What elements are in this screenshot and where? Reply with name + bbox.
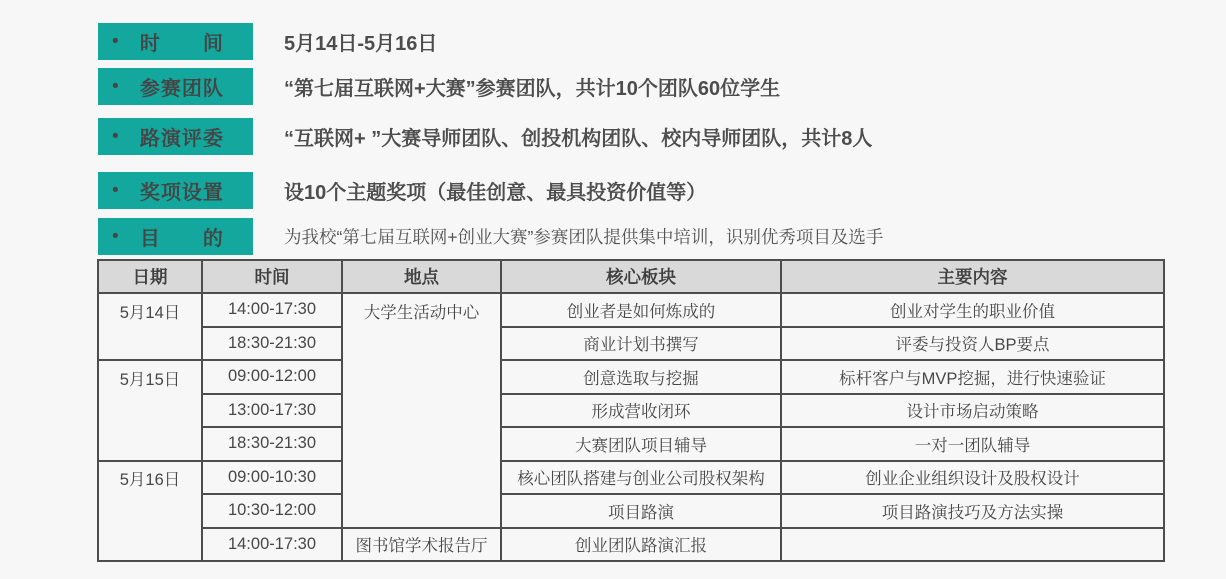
info-row-teams: • 参赛团队 “第七届互联网+大赛”参赛团队，共计10个团队60位学生: [98, 68, 780, 105]
table-row: 5月16日 09:00-10:30 核心团队搭建与创业公司股权架构 创业企业组织…: [98, 461, 1164, 495]
bullet-icon: •: [112, 77, 119, 96]
table-row: 5月15日 09:00-12:00 创意选取与挖掘 标杆客户与MVP挖掘，进行快…: [98, 360, 1164, 394]
table-row: 13:00-17:30 形成营收闭环 设计市场启动策略: [98, 394, 1164, 428]
info-badge-label: 参赛团队: [123, 72, 241, 101]
info-badge-time: • 时 间: [98, 23, 253, 60]
table-header-row: 日期 时间 地点 核心板块 主要内容: [98, 260, 1164, 293]
topic-cell: 形成营收闭环: [501, 394, 781, 428]
place-cell: 大学生活动中心: [342, 293, 501, 528]
time-cell: 18:30-21:30: [202, 427, 342, 461]
time-cell: 18:30-21:30: [202, 327, 342, 361]
column-header-topic: 核心板块: [501, 260, 781, 293]
content-cell: [781, 528, 1164, 562]
content-cell: 评委与投资人BP要点: [781, 327, 1164, 361]
date-cell: 5月16日: [98, 461, 202, 562]
time-cell: 10:30-12:00: [202, 494, 342, 528]
info-badge-purpose: • 目 的: [98, 218, 253, 255]
topic-cell: 项目路演: [501, 494, 781, 528]
date-cell: 5月14日: [98, 293, 202, 360]
time-cell: 14:00-17:30: [202, 528, 342, 562]
time-cell: 09:00-12:00: [202, 360, 342, 394]
column-header-time: 时间: [202, 260, 342, 293]
table-row: 5月14日 14:00-17:30 大学生活动中心 创业者是如何炼成的 创业对学…: [98, 293, 1164, 327]
topic-cell: 大赛团队项目辅导: [501, 427, 781, 461]
info-text-teams: “第七届互联网+大赛”参赛团队，共计10个团队60位学生: [284, 72, 780, 101]
table-row: 18:30-21:30 商业计划书撰写 评委与投资人BP要点: [98, 327, 1164, 361]
info-text-purpose: 为我校“第七届互联网+创业大赛”参赛团队提供集中培训，识别优秀项目及选手: [284, 224, 883, 249]
table-row: 10:30-12:00 项目路演 项目路演技巧及方法实操: [98, 494, 1164, 528]
table-row: 18:30-21:30 大赛团队项目辅导 一对一团队辅导: [98, 427, 1164, 461]
info-badge-label: 目 的: [123, 222, 241, 251]
content-cell: 标杆客户与MVP挖掘，进行快速验证: [781, 360, 1164, 394]
info-row-judges: • 路演评委 “互联网+ ”大赛导师团队、创投机构团队、校内导师团队，共计8人: [98, 118, 872, 155]
info-badge-label: 路演评委: [123, 122, 241, 151]
time-cell: 09:00-10:30: [202, 461, 342, 495]
bullet-icon: •: [112, 181, 119, 200]
time-cell: 13:00-17:30: [202, 394, 342, 428]
content-cell: 项目路演技巧及方法实操: [781, 494, 1164, 528]
topic-cell: 创业团队路演汇报: [501, 528, 781, 562]
info-badge-judges: • 路演评委: [98, 118, 253, 155]
date-cell: 5月15日: [98, 360, 202, 461]
info-badge-teams: • 参赛团队: [98, 68, 253, 105]
column-header-date: 日期: [98, 260, 202, 293]
table-row: 14:00-17:30 图书馆学术报告厅 创业团队路演汇报: [98, 528, 1164, 562]
topic-cell: 创业者是如何炼成的: [501, 293, 781, 327]
place-cell: 图书馆学术报告厅: [342, 528, 501, 562]
column-header-content: 主要内容: [781, 260, 1164, 293]
content-cell: 设计市场启动策略: [781, 394, 1164, 428]
content-cell: 一对一团队辅导: [781, 427, 1164, 461]
info-text-judges: “互联网+ ”大赛导师团队、创投机构团队、校内导师团队，共计8人: [284, 122, 872, 151]
topic-cell: 核心团队搭建与创业公司股权架构: [501, 461, 781, 495]
column-header-place: 地点: [342, 260, 501, 293]
topic-cell: 商业计划书撰写: [501, 327, 781, 361]
content-cell: 创业企业组织设计及股权设计: [781, 461, 1164, 495]
info-text-time: 5月14日-5月16日: [284, 27, 437, 56]
bullet-icon: •: [112, 227, 119, 246]
info-badge-awards: • 奖项设置: [98, 172, 253, 209]
info-row-time: • 时 间 5月14日-5月16日: [98, 23, 437, 60]
info-row-purpose: • 目 的 为我校“第七届互联网+创业大赛”参赛团队提供集中培训，识别优秀项目及…: [98, 218, 883, 255]
info-badge-label: 时 间: [123, 27, 241, 56]
info-badge-label: 奖项设置: [123, 176, 241, 205]
info-row-awards: • 奖项设置 设10个主题奖项（最佳创意、最具投资价值等）: [98, 172, 706, 209]
bullet-icon: •: [112, 127, 119, 146]
schedule-table: 日期 时间 地点 核心板块 主要内容 5月14日 14:00-17:30 大学生…: [97, 259, 1165, 562]
time-cell: 14:00-17:30: [202, 293, 342, 327]
info-text-awards: 设10个主题奖项（最佳创意、最具投资价值等）: [284, 176, 706, 205]
bullet-icon: •: [112, 32, 119, 51]
content-cell: 创业对学生的职业价值: [781, 293, 1164, 327]
slide-page: { "colors": { "accent": "#13a79d", "page…: [0, 0, 1226, 579]
topic-cell: 创意选取与挖掘: [501, 360, 781, 394]
